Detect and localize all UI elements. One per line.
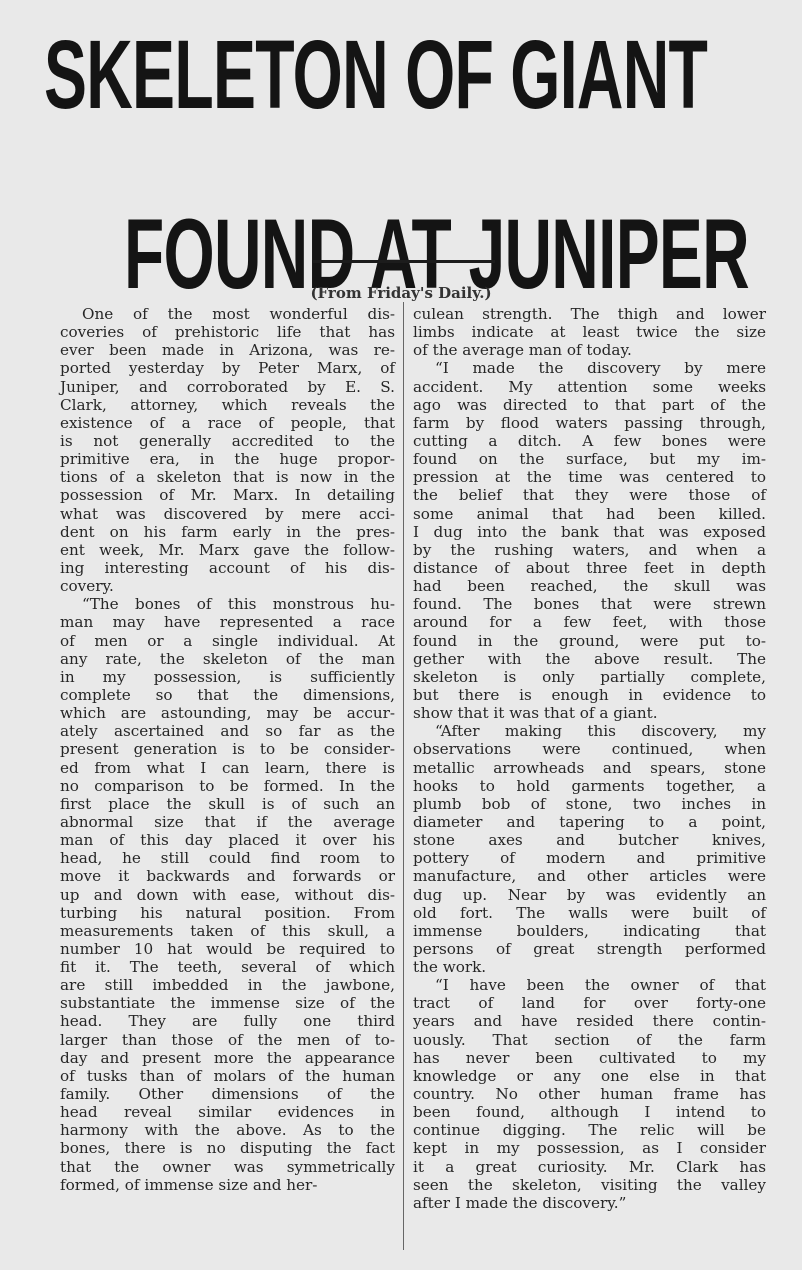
article-line: family. Other dimensions of the xyxy=(60,1085,395,1103)
article-line: pression at the time was centered to xyxy=(413,468,766,486)
article-line: metallic arrowheads and spears, stone xyxy=(413,759,766,777)
article-line: bones, there is no disputing the fact xyxy=(60,1139,395,1157)
article-line: up and down with ease, without dis- xyxy=(60,886,395,904)
article-column-left: One of the most wonderful dis-coveries o… xyxy=(60,305,395,1194)
article-line: cutting a ditch. A few bones were xyxy=(413,432,766,450)
article-line: of men or a single individual. At xyxy=(60,632,395,650)
article-line: manufacture, and other articles were xyxy=(413,867,766,885)
article-line: around for a few feet, with those xyxy=(413,613,766,631)
article-line: measurements taken of this skull, a xyxy=(60,922,395,940)
article-line: any rate, the skeleton of the man xyxy=(60,650,395,668)
article-line: that the owner was symmetrically xyxy=(60,1158,395,1176)
article-line: found on the surface, but my im- xyxy=(413,450,766,468)
article-line: it a great curiosity. Mr. Clark has xyxy=(413,1158,766,1176)
article-line: primitive era, in the huge propor- xyxy=(60,450,395,468)
article-line: been found, although I intend to xyxy=(413,1103,766,1121)
article-line: some animal that had been killed. xyxy=(413,505,766,523)
article-line: which are astounding, may be accur- xyxy=(60,704,395,722)
article-line: “I made the discovery by mere xyxy=(413,359,766,377)
article-line: the work. xyxy=(413,958,766,976)
article-line: tions of a skeleton that is now in the xyxy=(60,468,395,486)
article-line: ever been made in Arizona, was re- xyxy=(60,341,395,359)
article-line: show that it was that of a giant. xyxy=(413,704,766,722)
article-line: “I have been the owner of that xyxy=(413,976,766,994)
article-line: move it backwards and forwards or xyxy=(60,867,395,885)
article-line: of tusks than of molars of the human xyxy=(60,1067,395,1085)
article-line: accident. My attention some weeks xyxy=(413,378,766,396)
article-line: first place the skull is of such an xyxy=(60,795,395,813)
article-line: Clark, attorney, which reveals the xyxy=(60,396,395,414)
article-line: head, he still could find room to xyxy=(60,849,395,867)
article-line: dug up. Near by was evidently an xyxy=(413,886,766,904)
article-line: continue digging. The relic will be xyxy=(413,1121,766,1139)
article-line: had been reached, the skull was xyxy=(413,577,766,595)
article-line: of the average man of today. xyxy=(413,341,766,359)
article-line: by the rushing waters, and when a xyxy=(413,541,766,559)
article-line: man of this day placed it over his xyxy=(60,831,395,849)
headline-line-1: SKELETON OF GIANT xyxy=(44,20,605,131)
article-line: has never been cultivated to my xyxy=(413,1049,766,1067)
article-line: formed, of immense size and her- xyxy=(60,1176,395,1194)
article-line: ago was directed to that part of the xyxy=(413,396,766,414)
article-line: found. The bones that were strewn xyxy=(413,595,766,613)
article-line: complete so that the dimensions, xyxy=(60,686,395,704)
article-line: harmony with the above. As to the xyxy=(60,1121,395,1139)
article-line: I dug into the bank that was exposed xyxy=(413,523,766,541)
article-line: One of the most wonderful dis- xyxy=(60,305,395,323)
article-line: “After making this discovery, my xyxy=(413,722,766,740)
article-line: are still imbedded in the jawbone, xyxy=(60,976,395,994)
article-line: immense boulders, indicating that xyxy=(413,922,766,940)
article-line: no comparison to be formed. In the xyxy=(60,777,395,795)
article-line: knowledge or any one else in that xyxy=(413,1067,766,1085)
article-line: “The bones of this monstrous hu- xyxy=(60,595,395,613)
article-line: day and present more the appearance xyxy=(60,1049,395,1067)
article-line: existence of a race of people, that xyxy=(60,414,395,432)
article-line: uously. That section of the farm xyxy=(413,1031,766,1049)
article-line: number 10 hat would be required to xyxy=(60,940,395,958)
article-line: kept in my possession, as I consider xyxy=(413,1139,766,1157)
article-line: diameter and tapering to a point, xyxy=(413,813,766,831)
article-line: ported yesterday by Peter Marx, of xyxy=(60,359,395,377)
article-line: substantiate the immense size of the xyxy=(60,994,395,1012)
article-line: head reveal similar evidences in xyxy=(60,1103,395,1121)
article-line: dent on his farm early in the pres- xyxy=(60,523,395,541)
article-line: found in the ground, were put to- xyxy=(413,632,766,650)
article-line: limbs indicate at least twice the size xyxy=(413,323,766,341)
article-line: in my possession, is sufficiently xyxy=(60,668,395,686)
article-line: after I made the discovery.” xyxy=(413,1194,766,1212)
headline-rule xyxy=(313,260,495,263)
article-line: Juniper, and corroborated by E. S. xyxy=(60,378,395,396)
article-line: gether with the above result. The xyxy=(413,650,766,668)
article-line: head. They are fully one third xyxy=(60,1012,395,1030)
article-line: pottery of modern and primitive xyxy=(413,849,766,867)
article-line: is not generally accredited to the xyxy=(60,432,395,450)
article-line: hooks to hold garments together, a xyxy=(413,777,766,795)
article-line: ately ascertained and so far as the xyxy=(60,722,395,740)
article-line: man may have represented a race xyxy=(60,613,395,631)
article-line: seen the skeleton, visiting the valley xyxy=(413,1176,766,1194)
article-line: distance of about three feet in depth xyxy=(413,559,766,577)
article-line: years and have resided there contin- xyxy=(413,1012,766,1030)
article-line: ed from what I can learn, there is xyxy=(60,759,395,777)
article-line: covery. xyxy=(60,577,395,595)
article-line: country. No other human frame has xyxy=(413,1085,766,1103)
article-line: persons of great strength performed xyxy=(413,940,766,958)
article-line: present generation is to be consider- xyxy=(60,740,395,758)
article-line: stone axes and butcher knives, xyxy=(413,831,766,849)
article-line: coveries of prehistoric life that has xyxy=(60,323,395,341)
article-line: skeleton is only partially complete, xyxy=(413,668,766,686)
article-line: larger than those of the men of to- xyxy=(60,1031,395,1049)
dateline: (From Friday's Daily.) xyxy=(0,284,802,302)
article-line: but there is enough in evidence to xyxy=(413,686,766,704)
article-line: abnormal size that if the average xyxy=(60,813,395,831)
article-line: farm by flood waters passing through, xyxy=(413,414,766,432)
article-line: turbing his natural position. From xyxy=(60,904,395,922)
article-line: old fort. The walls were built of xyxy=(413,904,766,922)
article-line: culean strength. The thigh and lower xyxy=(413,305,766,323)
article-line: fit it. The teeth, several of which xyxy=(60,958,395,976)
article-line: possession of Mr. Marx. In detailing xyxy=(60,486,395,504)
article-line: observations were continued, when xyxy=(413,740,766,758)
article-line: ent week, Mr. Marx gave the follow- xyxy=(60,541,395,559)
article-line: ing interesting account of his dis- xyxy=(60,559,395,577)
article-column-right: culean strength. The thigh and lowerlimb… xyxy=(413,305,766,1212)
article-line: what was discovered by mere acci- xyxy=(60,505,395,523)
article-line: plumb bob of stone, two inches in xyxy=(413,795,766,813)
column-divider xyxy=(403,302,404,1250)
article-line: the belief that they were those of xyxy=(413,486,766,504)
article-line: tract of land for over forty-one xyxy=(413,994,766,1012)
